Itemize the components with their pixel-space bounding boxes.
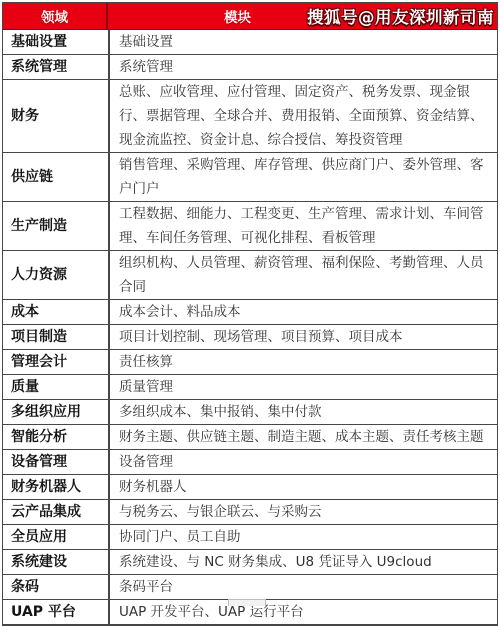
modules-cell: 协同门户、员工自助 bbox=[110, 525, 497, 549]
table-body: 基础设置 基础设置 系统管理 系统管理 财务 总账、应收管理、应付管理、固定资产… bbox=[3, 30, 497, 605]
table-row: 全员应用 协同门户、员工自助 bbox=[3, 525, 497, 550]
modules-cell: 总账、应收管理、应付管理、固定资产、税务发票、现金银行、票据管理、全球合并、费用… bbox=[110, 80, 497, 152]
domain-cell: 人力资源 bbox=[3, 251, 110, 299]
table-row: 财务机器人 财务机器人 bbox=[3, 475, 497, 500]
table-row: 管理会计 责任核算 bbox=[3, 350, 497, 375]
domain-cell: 设备管理 bbox=[3, 450, 110, 474]
domain-cell: 管理会计 bbox=[3, 350, 110, 374]
domain-cell: 质量 bbox=[3, 375, 110, 399]
modules-cell: 系统管理 bbox=[110, 55, 497, 79]
table-row: 生产制造 工程数据、细能力、工程变更、生产管理、需求计划、车间管理、车间任务管理… bbox=[3, 202, 497, 251]
table-row: 成本 成本会计、料品成本 bbox=[3, 300, 497, 325]
modules-cell: 与税务云、与银企联云、与采购云 bbox=[110, 500, 497, 524]
modules-cell: 设备管理 bbox=[110, 450, 497, 474]
modules-cell: 责任核算 bbox=[110, 350, 497, 374]
domain-cell: 基础设置 bbox=[3, 30, 110, 54]
domain-cell: 项目制造 bbox=[3, 325, 110, 349]
domain-cell: 多组织应用 bbox=[3, 400, 110, 424]
modules-cell: 多组织成本、集中报销、集中付款 bbox=[110, 400, 497, 424]
domain-cell: 供应链 bbox=[3, 153, 110, 201]
domain-cell: 系统管理 bbox=[3, 55, 110, 79]
modules-cell: 系统建设、与 NC 财务集成、U8 凭证导入 U9cloud bbox=[110, 550, 497, 574]
modules-cell: 条码平台 bbox=[110, 575, 497, 599]
modules-cell: 财务主题、供应链主题、制造主题、成本主题、责任考核主题 bbox=[110, 425, 497, 449]
table-row: 供应链 销售管理、采购管理、库存管理、供应商门户、委外管理、客户门户 bbox=[3, 153, 497, 202]
table-row: 多组织应用 多组织成本、集中报销、集中付款 bbox=[3, 400, 497, 425]
table-row: 质量 质量管理 bbox=[3, 375, 497, 400]
table-row: 财务 总账、应收管理、应付管理、固定资产、税务发票、现金银行、票据管理、全球合并… bbox=[3, 80, 497, 153]
modules-cell: 组织机构、人员管理、薪资管理、福利保险、考勤管理、人员合同 bbox=[110, 251, 497, 299]
domain-cell: 智能分析 bbox=[3, 425, 110, 449]
domain-cell: UAP 平台 bbox=[3, 600, 110, 605]
domain-cell: 条码 bbox=[3, 575, 110, 599]
modules-cell: UAP 开发平台、UAP 运行平台 bbox=[110, 600, 497, 605]
domain-cell: 系统建设 bbox=[3, 550, 110, 574]
modules-cell: 质量管理 bbox=[110, 375, 497, 399]
domain-cell: 全员应用 bbox=[3, 525, 110, 549]
modules-cell: 销售管理、采购管理、库存管理、供应商门户、委外管理、客户门户 bbox=[110, 153, 497, 201]
table-row: 云产品集成 与税务云、与银企联云、与采购云 bbox=[3, 500, 497, 525]
module-table: 领域 模块 搜狐号@用友深圳新司南 基础设置 基础设置 系统管理 系统管理 财务… bbox=[2, 2, 498, 605]
modules-cell: 财务机器人 bbox=[110, 475, 497, 499]
table-row: 系统建设 系统建设、与 NC 财务集成、U8 凭证导入 U9cloud bbox=[3, 550, 497, 575]
domain-cell: 财务机器人 bbox=[3, 475, 110, 499]
domain-cell: 生产制造 bbox=[3, 202, 110, 250]
modules-cell: 工程数据、细能力、工程变更、生产管理、需求计划、车间管理、车间任务管理、可视化排… bbox=[110, 202, 497, 250]
sohu-watermark: 搜狐号@用友深圳新司南 bbox=[307, 3, 494, 29]
domain-cell: 云产品集成 bbox=[3, 500, 110, 524]
table-row: 设备管理 设备管理 bbox=[3, 450, 497, 475]
domain-cell: 成本 bbox=[3, 300, 110, 324]
cropped-footer-artifact bbox=[228, 599, 266, 605]
modules-cell: 基础设置 bbox=[110, 30, 497, 54]
table-row: 智能分析 财务主题、供应链主题、制造主题、成本主题、责任考核主题 bbox=[3, 425, 497, 450]
modules-cell: 项目计划控制、现场管理、项目预算、项目成本 bbox=[110, 325, 497, 349]
table-row: 基础设置 基础设置 bbox=[3, 30, 497, 55]
column-header-domain: 领域 bbox=[3, 3, 108, 29]
table-row: 系统管理 系统管理 bbox=[3, 55, 497, 80]
modules-cell: 成本会计、料品成本 bbox=[110, 300, 497, 324]
table-header-row: 领域 模块 搜狐号@用友深圳新司南 bbox=[3, 3, 497, 30]
domain-cell: 财务 bbox=[3, 80, 110, 152]
table-row: 条码 条码平台 bbox=[3, 575, 497, 600]
table-row: 项目制造 项目计划控制、现场管理、项目预算、项目成本 bbox=[3, 325, 497, 350]
table-row: 人力资源 组织机构、人员管理、薪资管理、福利保险、考勤管理、人员合同 bbox=[3, 251, 497, 300]
